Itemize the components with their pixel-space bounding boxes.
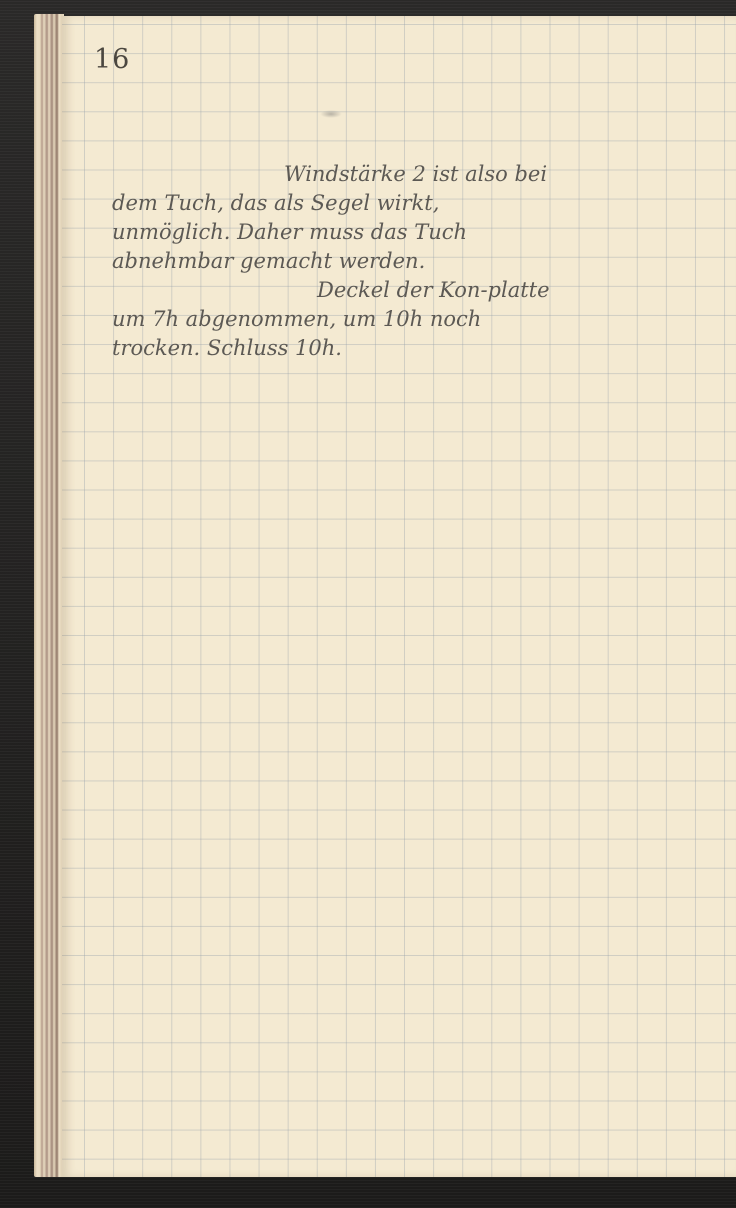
- handwritten-line: dem Tuch, das als Segel wirkt,: [112, 189, 672, 218]
- page-edges-stack: [34, 14, 64, 1177]
- handwritten-line: abnehmbar gemacht werden.: [112, 247, 672, 276]
- page-number: 16: [94, 44, 130, 75]
- handwritten-note: Windstärke 2 ist also bei dem Tuch, das …: [112, 160, 672, 363]
- handwritten-line: Windstärke 2 ist also bei: [112, 160, 672, 189]
- ink-smudge: [320, 110, 342, 118]
- handwritten-line: Deckel der Kon-platte: [112, 276, 672, 305]
- handwritten-line: um 7h abgenommen, um 10h noch: [112, 305, 672, 334]
- handwritten-line: trocken. Schluss 10h.: [112, 334, 672, 363]
- handwritten-line: unmöglich. Daher muss das Tuch: [112, 218, 672, 247]
